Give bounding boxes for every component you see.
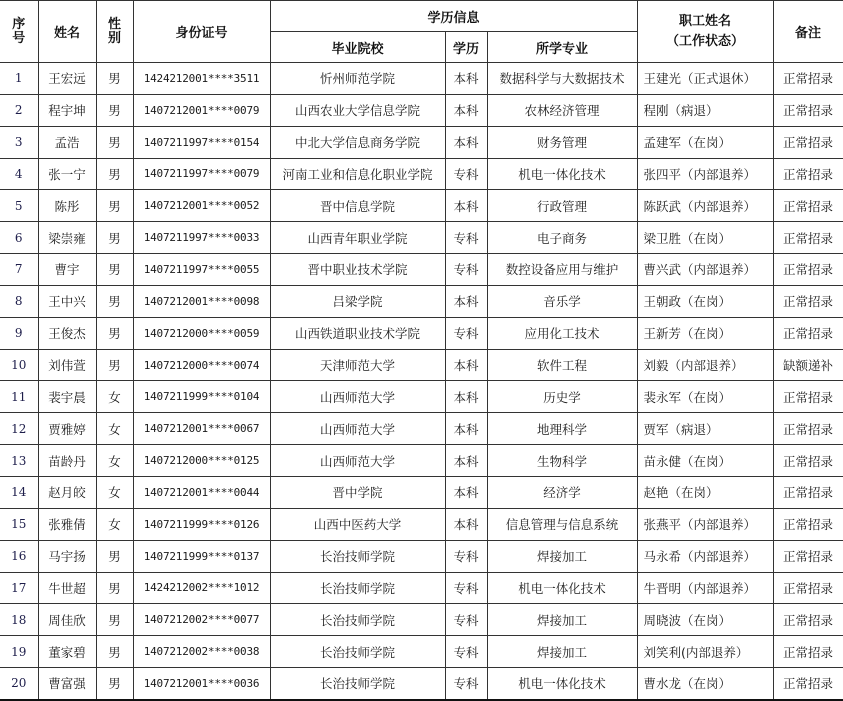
row-staff-status: 苗永健（在岗）	[637, 445, 773, 477]
row-index: 7	[0, 254, 38, 286]
table-row: 2程宇坤男1407212001****0079山西农业大学信息学院本科农林经济管…	[0, 94, 843, 126]
row-index: 5	[0, 190, 38, 222]
row-remark: 正常招录	[773, 413, 843, 445]
header-remark: 备注	[773, 1, 843, 63]
row-id-number: 1407211999****0126	[133, 508, 270, 540]
header-education-group: 学历信息	[270, 1, 637, 32]
row-remark: 正常招录	[773, 285, 843, 317]
row-remark: 正常招录	[773, 190, 843, 222]
row-school: 山西师范大学	[270, 381, 445, 413]
row-remark: 正常招录	[773, 317, 843, 349]
row-remark: 正常招录	[773, 254, 843, 286]
row-degree: 本科	[445, 190, 487, 222]
row-school: 吕梁学院	[270, 285, 445, 317]
row-index: 4	[0, 158, 38, 190]
table-row: 9王俊杰男1407212000****0059山西铁道职业技术学院专科应用化工技…	[0, 317, 843, 349]
row-major: 历史学	[487, 381, 637, 413]
row-gender: 男	[96, 158, 133, 190]
row-index: 13	[0, 445, 38, 477]
table-row: 8王中兴男1407212001****0098吕梁学院本科音乐学王朝政（在岗）正…	[0, 285, 843, 317]
table-row: 5陈彤男1407212001****0052晋中信息学院本科行政管理陈跃武（内部…	[0, 190, 843, 222]
row-gender: 男	[96, 604, 133, 636]
row-remark: 缺额递补	[773, 349, 843, 381]
row-degree: 本科	[445, 508, 487, 540]
row-gender: 男	[96, 254, 133, 286]
row-staff-status: 孟建军（在岗）	[637, 126, 773, 158]
row-remark: 正常招录	[773, 222, 843, 254]
row-degree: 专科	[445, 540, 487, 572]
row-school: 晋中学院	[270, 476, 445, 508]
row-id-number: 1407212000****0125	[133, 445, 270, 477]
row-staff-status: 曹兴武（内部退养）	[637, 254, 773, 286]
row-staff-status: 王朝政（在岗）	[637, 285, 773, 317]
row-index: 19	[0, 636, 38, 668]
row-name: 牛世超	[38, 572, 96, 604]
row-staff-status: 王建光（正式退休）	[637, 63, 773, 95]
row-gender: 女	[96, 508, 133, 540]
table-row: 1王宏远男1424212001****3511忻州师范学院本科数据科学与大数据技…	[0, 63, 843, 95]
row-remark: 正常招录	[773, 158, 843, 190]
row-gender: 男	[96, 317, 133, 349]
table-row: 19董家碧男1407212002****0038长治技师学院专科焊接加工刘笑利(…	[0, 636, 843, 668]
table-row: 11裴宇晨女1407211999****0104山西师范大学本科历史学裴永军（在…	[0, 381, 843, 413]
row-major: 数控设备应用与维护	[487, 254, 637, 286]
row-major: 财务管理	[487, 126, 637, 158]
table-row: 3孟浩男1407211997****0154中北大学信息商务学院本科财务管理孟建…	[0, 126, 843, 158]
row-remark: 正常招录	[773, 540, 843, 572]
row-gender: 女	[96, 413, 133, 445]
row-id-number: 1407212001****0067	[133, 413, 270, 445]
recruitment-table: 序号 姓名 性别 身份证号 学历信息 职工姓名 （工作状态） 备注 毕业院校 学…	[0, 0, 843, 701]
row-degree: 专科	[445, 222, 487, 254]
row-index: 2	[0, 94, 38, 126]
row-school: 晋中职业技术学院	[270, 254, 445, 286]
row-degree: 本科	[445, 445, 487, 477]
row-id-number: 1407212001****0098	[133, 285, 270, 317]
row-degree: 专科	[445, 158, 487, 190]
header-gender: 性别	[96, 1, 133, 63]
row-staff-status: 张燕平（内部退养）	[637, 508, 773, 540]
row-staff-status: 裴永军（在岗）	[637, 381, 773, 413]
header-degree: 学历	[445, 32, 487, 63]
row-major: 农林经济管理	[487, 94, 637, 126]
table-row: 6梁崇雍男1407211997****0033山西青年职业学院专科电子商务梁卫胜…	[0, 222, 843, 254]
table-row: 18周佳欣男1407212002****0077长治技师学院专科焊接加工周晓波（…	[0, 604, 843, 636]
row-major: 信息管理与信息系统	[487, 508, 637, 540]
row-degree: 本科	[445, 476, 487, 508]
table-row: 4张一宁男1407211997****0079河南工业和信息化职业学院专科机电一…	[0, 158, 843, 190]
row-major: 焊接加工	[487, 604, 637, 636]
row-staff-status: 曹水龙（在岗）	[637, 668, 773, 700]
row-major: 软件工程	[487, 349, 637, 381]
row-gender: 男	[96, 285, 133, 317]
header-index-label: 序号	[12, 18, 26, 46]
header-staff-name-line1: 职工姓名	[638, 15, 773, 29]
row-name: 张雅倩	[38, 508, 96, 540]
row-index: 20	[0, 668, 38, 700]
row-remark: 正常招录	[773, 63, 843, 95]
row-name: 程宇坤	[38, 94, 96, 126]
row-degree: 本科	[445, 126, 487, 158]
row-index: 6	[0, 222, 38, 254]
row-staff-status: 周晓波（在岗）	[637, 604, 773, 636]
row-remark: 正常招录	[773, 476, 843, 508]
row-staff-status: 王新芳（在岗）	[637, 317, 773, 349]
row-major: 地理科学	[487, 413, 637, 445]
row-staff-status: 梁卫胜（在岗）	[637, 222, 773, 254]
row-gender: 女	[96, 381, 133, 413]
row-remark: 正常招录	[773, 572, 843, 604]
row-id-number: 1407212001****0036	[133, 668, 270, 700]
row-gender: 男	[96, 636, 133, 668]
row-major: 行政管理	[487, 190, 637, 222]
row-major: 机电一体化技术	[487, 158, 637, 190]
row-degree: 本科	[445, 381, 487, 413]
row-gender: 男	[96, 572, 133, 604]
row-remark: 正常招录	[773, 668, 843, 700]
row-major: 机电一体化技术	[487, 572, 637, 604]
table-row: 10刘伟萱男1407212000****0074天津师范大学本科软件工程刘毅（内…	[0, 349, 843, 381]
row-staff-status: 贾军（病退）	[637, 413, 773, 445]
row-remark: 正常招录	[773, 445, 843, 477]
table-header: 序号 姓名 性别 身份证号 学历信息 职工姓名 （工作状态） 备注 毕业院校 学…	[0, 1, 843, 63]
row-name: 贾雅婷	[38, 413, 96, 445]
row-major: 机电一体化技术	[487, 668, 637, 700]
row-name: 刘伟萱	[38, 349, 96, 381]
row-name: 王俊杰	[38, 317, 96, 349]
row-name: 裴宇晨	[38, 381, 96, 413]
table-row: 14赵月皎女1407212001****0044晋中学院本科经济学赵艳（在岗）正…	[0, 476, 843, 508]
row-school: 中北大学信息商务学院	[270, 126, 445, 158]
row-staff-status: 程刚（病退）	[637, 94, 773, 126]
row-id-number: 1407211997****0154	[133, 126, 270, 158]
row-id-number: 1407212001****0079	[133, 94, 270, 126]
row-degree: 本科	[445, 63, 487, 95]
row-name: 王中兴	[38, 285, 96, 317]
row-school: 忻州师范学院	[270, 63, 445, 95]
row-index: 3	[0, 126, 38, 158]
header-index: 序号	[0, 1, 38, 63]
row-gender: 男	[96, 349, 133, 381]
header-id-number: 身份证号	[133, 1, 270, 63]
row-major: 焊接加工	[487, 540, 637, 572]
header-name: 姓名	[38, 1, 96, 63]
table-body: 1王宏远男1424212001****3511忻州师范学院本科数据科学与大数据技…	[0, 63, 843, 700]
row-major: 焊接加工	[487, 636, 637, 668]
row-remark: 正常招录	[773, 636, 843, 668]
row-degree: 专科	[445, 668, 487, 700]
row-name: 苗龄丹	[38, 445, 96, 477]
row-degree: 专科	[445, 604, 487, 636]
row-name: 赵月皎	[38, 476, 96, 508]
row-name: 曹宇	[38, 254, 96, 286]
row-staff-status: 刘笑利(内部退养）	[637, 636, 773, 668]
row-school: 天津师范大学	[270, 349, 445, 381]
row-index: 10	[0, 349, 38, 381]
row-name: 周佳欣	[38, 604, 96, 636]
row-index: 12	[0, 413, 38, 445]
row-id-number: 1407211997****0033	[133, 222, 270, 254]
row-major: 数据科学与大数据技术	[487, 63, 637, 95]
row-staff-status: 陈跃武（内部退养）	[637, 190, 773, 222]
row-index: 8	[0, 285, 38, 317]
row-major: 经济学	[487, 476, 637, 508]
table-row: 12贾雅婷女1407212001****0067山西师范大学本科地理科学贾军（病…	[0, 413, 843, 445]
row-id-number: 1407212001****0052	[133, 190, 270, 222]
row-school: 山西师范大学	[270, 413, 445, 445]
row-degree: 专科	[445, 572, 487, 604]
row-school: 晋中信息学院	[270, 190, 445, 222]
row-degree: 本科	[445, 94, 487, 126]
row-id-number: 1407212000****0059	[133, 317, 270, 349]
row-index: 14	[0, 476, 38, 508]
row-major: 生物科学	[487, 445, 637, 477]
row-index: 11	[0, 381, 38, 413]
header-staff-name: 职工姓名 （工作状态）	[637, 1, 773, 63]
row-degree: 本科	[445, 413, 487, 445]
row-name: 孟浩	[38, 126, 96, 158]
header-gender-label: 性别	[108, 18, 122, 46]
row-id-number: 1424212002****1012	[133, 572, 270, 604]
row-id-number: 1407212001****0044	[133, 476, 270, 508]
row-remark: 正常招录	[773, 381, 843, 413]
row-gender: 男	[96, 190, 133, 222]
header-school: 毕业院校	[270, 32, 445, 63]
row-id-number: 1424212001****3511	[133, 63, 270, 95]
row-school: 山西青年职业学院	[270, 222, 445, 254]
row-index: 15	[0, 508, 38, 540]
row-gender: 男	[96, 222, 133, 254]
table-row: 17牛世超男1424212002****1012长治技师学院专科机电一体化技术牛…	[0, 572, 843, 604]
row-degree: 本科	[445, 349, 487, 381]
row-name: 张一宁	[38, 158, 96, 190]
row-id-number: 1407212002****0038	[133, 636, 270, 668]
row-remark: 正常招录	[773, 126, 843, 158]
row-remark: 正常招录	[773, 604, 843, 636]
row-gender: 男	[96, 668, 133, 700]
row-degree: 专科	[445, 317, 487, 349]
row-index: 17	[0, 572, 38, 604]
row-degree: 专科	[445, 254, 487, 286]
row-name: 马宇扬	[38, 540, 96, 572]
row-school: 长治技师学院	[270, 604, 445, 636]
table-row: 20曹富强男1407212001****0036长治技师学院专科机电一体化技术曹…	[0, 668, 843, 700]
table-row: 16马宇扬男1407211999****0137长治技师学院专科焊接加工马永希（…	[0, 540, 843, 572]
row-gender: 男	[96, 126, 133, 158]
row-gender: 女	[96, 445, 133, 477]
row-staff-status: 张四平（内部退养）	[637, 158, 773, 190]
row-id-number: 1407211997****0079	[133, 158, 270, 190]
row-staff-status: 刘毅（内部退养）	[637, 349, 773, 381]
table-row: 7曹宇男1407211997****0055晋中职业技术学院专科数控设备应用与维…	[0, 254, 843, 286]
row-remark: 正常招录	[773, 94, 843, 126]
header-staff-name-line2: （工作状态）	[638, 35, 773, 49]
row-id-number: 1407212002****0077	[133, 604, 270, 636]
row-school: 长治技师学院	[270, 572, 445, 604]
row-index: 18	[0, 604, 38, 636]
row-school: 长治技师学院	[270, 668, 445, 700]
row-degree: 本科	[445, 285, 487, 317]
row-name: 董家碧	[38, 636, 96, 668]
row-major: 应用化工技术	[487, 317, 637, 349]
row-staff-status: 赵艳（在岗）	[637, 476, 773, 508]
row-staff-status: 马永希（内部退养）	[637, 540, 773, 572]
row-id-number: 1407211999****0104	[133, 381, 270, 413]
row-gender: 男	[96, 540, 133, 572]
row-index: 16	[0, 540, 38, 572]
table-row: 13苗龄丹女1407212000****0125山西师范大学本科生物科学苗永健（…	[0, 445, 843, 477]
header-major: 所学专业	[487, 32, 637, 63]
row-school: 山西铁道职业技术学院	[270, 317, 445, 349]
row-name: 曹富强	[38, 668, 96, 700]
row-gender: 男	[96, 94, 133, 126]
row-id-number: 1407211997****0055	[133, 254, 270, 286]
row-name: 王宏远	[38, 63, 96, 95]
row-major: 音乐学	[487, 285, 637, 317]
row-degree: 专科	[445, 636, 487, 668]
row-school: 河南工业和信息化职业学院	[270, 158, 445, 190]
row-school: 山西师范大学	[270, 445, 445, 477]
row-index: 1	[0, 63, 38, 95]
row-id-number: 1407212000****0074	[133, 349, 270, 381]
row-index: 9	[0, 317, 38, 349]
row-school: 山西中医药大学	[270, 508, 445, 540]
row-school: 山西农业大学信息学院	[270, 94, 445, 126]
row-major: 电子商务	[487, 222, 637, 254]
row-name: 梁崇雍	[38, 222, 96, 254]
row-gender: 女	[96, 476, 133, 508]
row-remark: 正常招录	[773, 508, 843, 540]
row-school: 长治技师学院	[270, 636, 445, 668]
row-school: 长治技师学院	[270, 540, 445, 572]
row-staff-status: 牛晋明（内部退养）	[637, 572, 773, 604]
row-name: 陈彤	[38, 190, 96, 222]
row-gender: 男	[96, 63, 133, 95]
table-row: 15张雅倩女1407211999****0126山西中医药大学本科信息管理与信息…	[0, 508, 843, 540]
row-id-number: 1407211999****0137	[133, 540, 270, 572]
